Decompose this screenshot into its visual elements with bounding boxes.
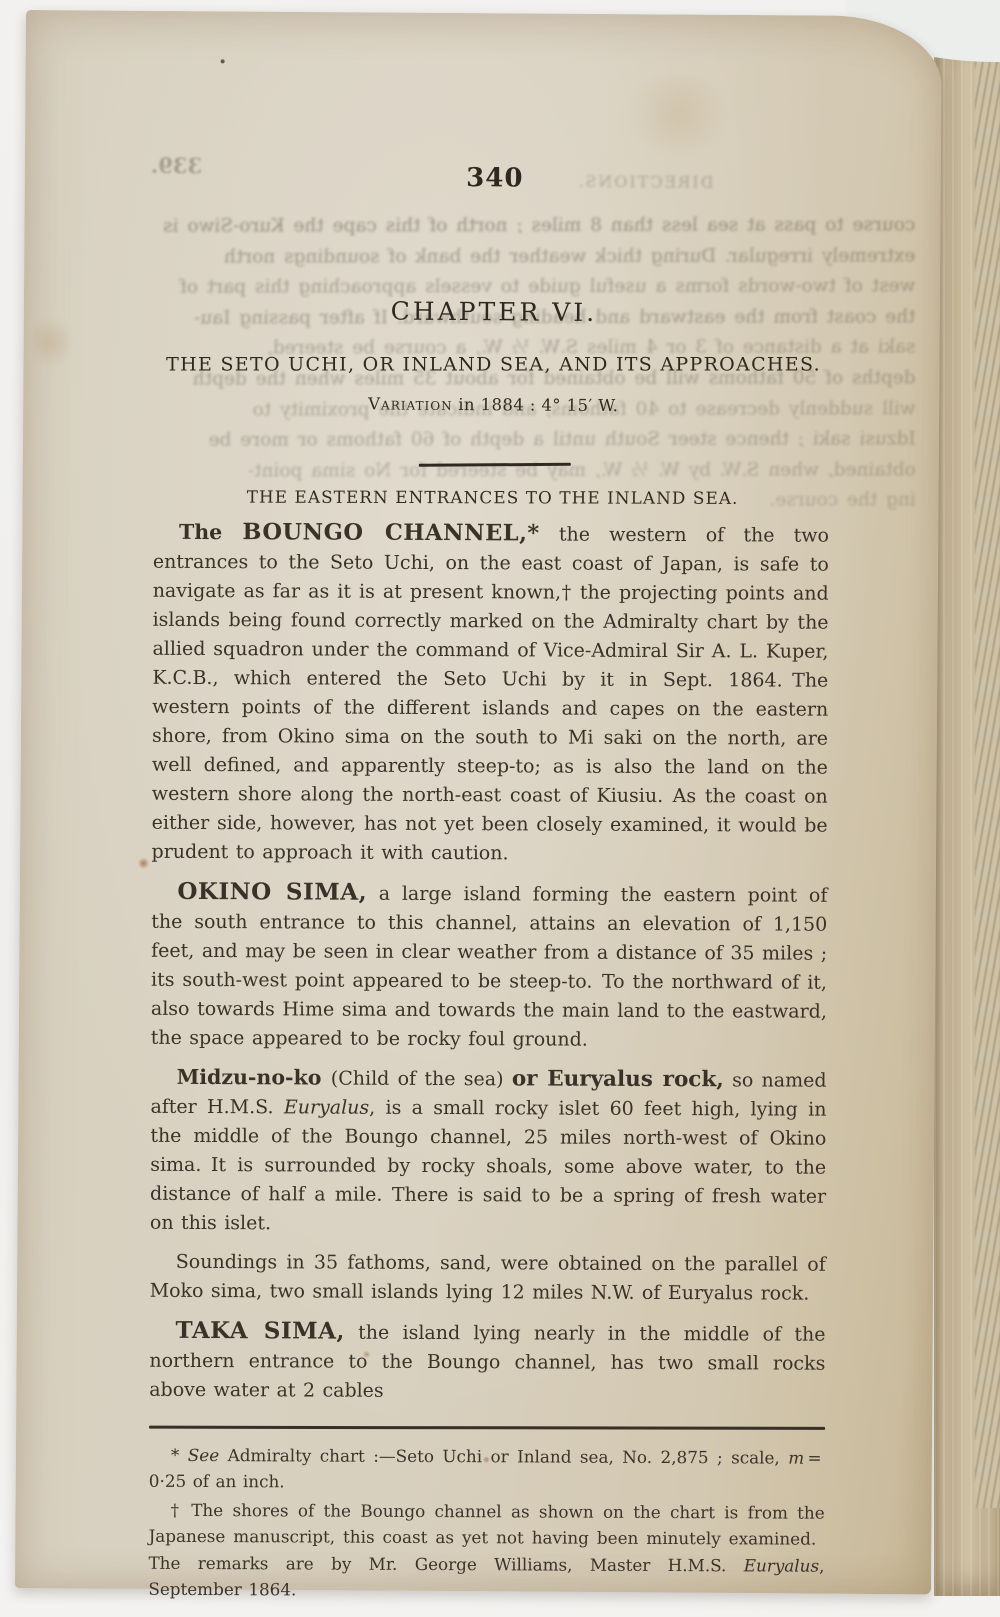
paragraph-okino-sima: OKINO SIMA, a large island forming the e… bbox=[151, 877, 828, 1056]
footnote-2: † The shores of the Boungo channel as sh… bbox=[148, 1496, 824, 1605]
chapter-subtitle: THE SETO UCHI, OR INLAND SEA, AND ITS AP… bbox=[136, 353, 852, 375]
photo-background: 339. DIRECTIONS. course to pass at sea l… bbox=[0, 0, 1000, 1617]
scale-variable-italic: m bbox=[788, 1447, 804, 1467]
foxing-stain bbox=[31, 310, 69, 374]
see-italic: See bbox=[188, 1444, 219, 1464]
lead-caps: TAKA SIMA, bbox=[175, 1317, 345, 1345]
footnote-rule bbox=[149, 1426, 825, 1430]
variation-word: Variation bbox=[368, 394, 453, 414]
section-heading: THE EASTERN ENTRANCES TO THE INLAND SEA. bbox=[155, 486, 831, 508]
paragraph-text: the western of the two entrances to the … bbox=[152, 523, 829, 864]
lead-bold: Midzu-no-ko bbox=[177, 1065, 331, 1090]
lead-paren: (Child of the sea) bbox=[331, 1068, 512, 1091]
paragraph-text: Soundings in 35 fathoms, sand, were obta… bbox=[150, 1251, 826, 1305]
bleedthrough-line: Idzusi saki ; thence steer South until a… bbox=[30, 425, 916, 457]
footnote-text: Admiralty chart :—Seto Uchi or Inland se… bbox=[219, 1445, 788, 1467]
separator-rule bbox=[419, 463, 571, 467]
footnote-1: * See Admiralty chart :—Seto Uchi or Inl… bbox=[149, 1441, 825, 1497]
lead-bold: or Euryalus rock, bbox=[512, 1066, 724, 1092]
lead-word: The bbox=[179, 520, 243, 544]
variation-note: Variation in 1884 : 4° 15′ W. bbox=[155, 393, 831, 417]
paragraph-soundings: Soundings in 35 fathoms, sand, were obta… bbox=[150, 1248, 826, 1309]
foxing-stain bbox=[617, 74, 738, 153]
lead-caps: BOUNGO CHANNEL,* bbox=[242, 519, 539, 546]
chapter-heading: CHAPTER VI. bbox=[156, 295, 832, 329]
foxing-stain bbox=[138, 857, 149, 870]
lead-caps: OKINO SIMA, bbox=[177, 878, 367, 906]
paragraph-midzu-no-ko: Midzu-no-ko (Child of the sea) or Euryal… bbox=[150, 1063, 827, 1241]
paragraph-taka-sima: TAKA SIMA, the island lying nearly in th… bbox=[149, 1316, 825, 1408]
ship-name-italic: Euryalus bbox=[284, 1096, 369, 1118]
opposite-page-sliver bbox=[975, 60, 1000, 1508]
paragraph-boungo-channel: The BOUNGO CHANNEL,* the western of the … bbox=[152, 518, 830, 870]
body-text-column: The BOUNGO CHANNEL,* the western of the … bbox=[148, 518, 829, 1607]
bleedthrough-line: extremely irregular. During thick weathe… bbox=[29, 241, 915, 273]
footnote-text: † The shores of the Boungo channel as sh… bbox=[148, 1499, 824, 1575]
paragraph-text: a large island forming the eastern point… bbox=[151, 883, 828, 1051]
variation-value: in 1884 : 4° 15′ W. bbox=[453, 395, 619, 415]
footnote-marker: * bbox=[171, 1444, 188, 1464]
bleedthrough-line: obtained, when S.W. by W. ½ W., may be s… bbox=[30, 455, 916, 487]
ship-name-italic: Euryalus bbox=[744, 1555, 819, 1575]
ink-speck bbox=[221, 59, 225, 63]
page-number: 340 bbox=[157, 161, 833, 196]
book-page: 339. DIRECTIONS. course to pass at sea l… bbox=[15, 10, 942, 1594]
bleedthrough-line: course to pass at sea less than 8 miles … bbox=[29, 210, 915, 242]
